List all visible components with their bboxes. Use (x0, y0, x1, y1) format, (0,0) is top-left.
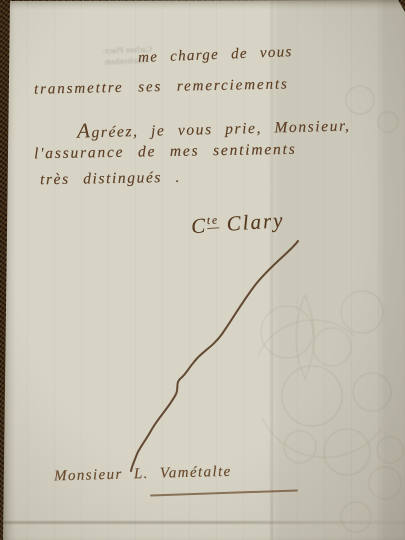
letter-line-1: me charge de vous (138, 44, 293, 67)
signature-superscript: te (206, 214, 219, 229)
letter-line-4: l'assurance de mes sentiments (34, 141, 297, 164)
letter-line-2: transmettre ses remerciements (34, 76, 289, 98)
letter-photograph: Carlton Place. Cheltenham me charge de v… (0, 0, 405, 540)
letter-line-5: très distingués . (40, 169, 181, 189)
recipient-line: Monsieur L. Vamétalte (54, 464, 232, 486)
recipient-underline (150, 489, 298, 496)
letter-paper: Carlton Place. Cheltenham me charge de v… (0, 0, 405, 540)
fold-crease (0, 521, 405, 524)
letter-line-3: Agréez, je vous prie, Monsieur, (77, 111, 351, 143)
signature-name: Clary (226, 208, 285, 236)
signature-prefix: C (190, 213, 208, 238)
